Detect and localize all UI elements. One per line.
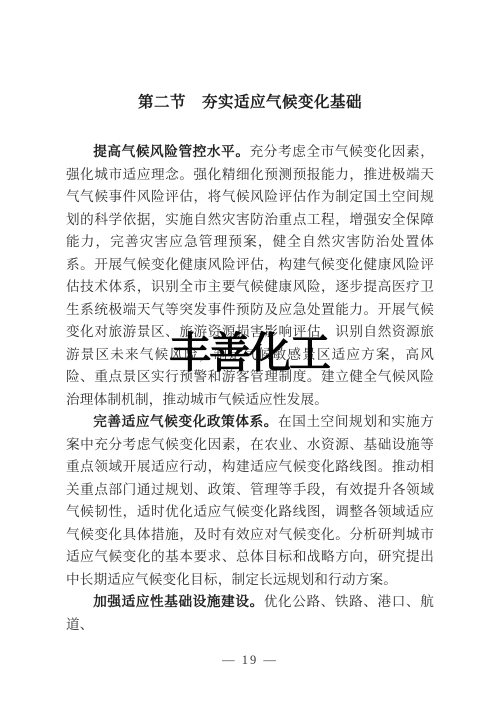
paragraph-lead: 加强适应性基础设施建设。 (93, 594, 264, 609)
paragraph-lead: 完善适应气候变化政策体系。 (93, 414, 278, 429)
paragraph: 完善适应气候变化政策体系。在国土空间规划和实施方案中充分考虑气候变化因素，在农业… (66, 411, 434, 591)
body-text: 提高气候风险管控水平。充分考虑全市气候变化因素，强化城市适应理念。强化精细化预测… (66, 141, 434, 636)
page-number: — 19 — (0, 653, 500, 668)
paragraph-lead: 提高气候风险管控水平。 (93, 144, 249, 159)
document-page: 第二节 夯实适应气候变化基础 提高气候风险管控水平。充分考虑全市气候变化因素，强… (0, 0, 500, 707)
watermark-overlay: 丰善化工 (169, 331, 329, 376)
paragraph: 加强适应性基础设施建设。优化公路、铁路、港口、航道、 (66, 591, 434, 636)
paragraph-body: 在国土空间规划和实施方案中充分考虑气候变化因素，在农业、水资源、基础设施等重点领… (66, 414, 434, 587)
section-title: 第二节 夯实适应气候变化基础 (0, 90, 500, 112)
